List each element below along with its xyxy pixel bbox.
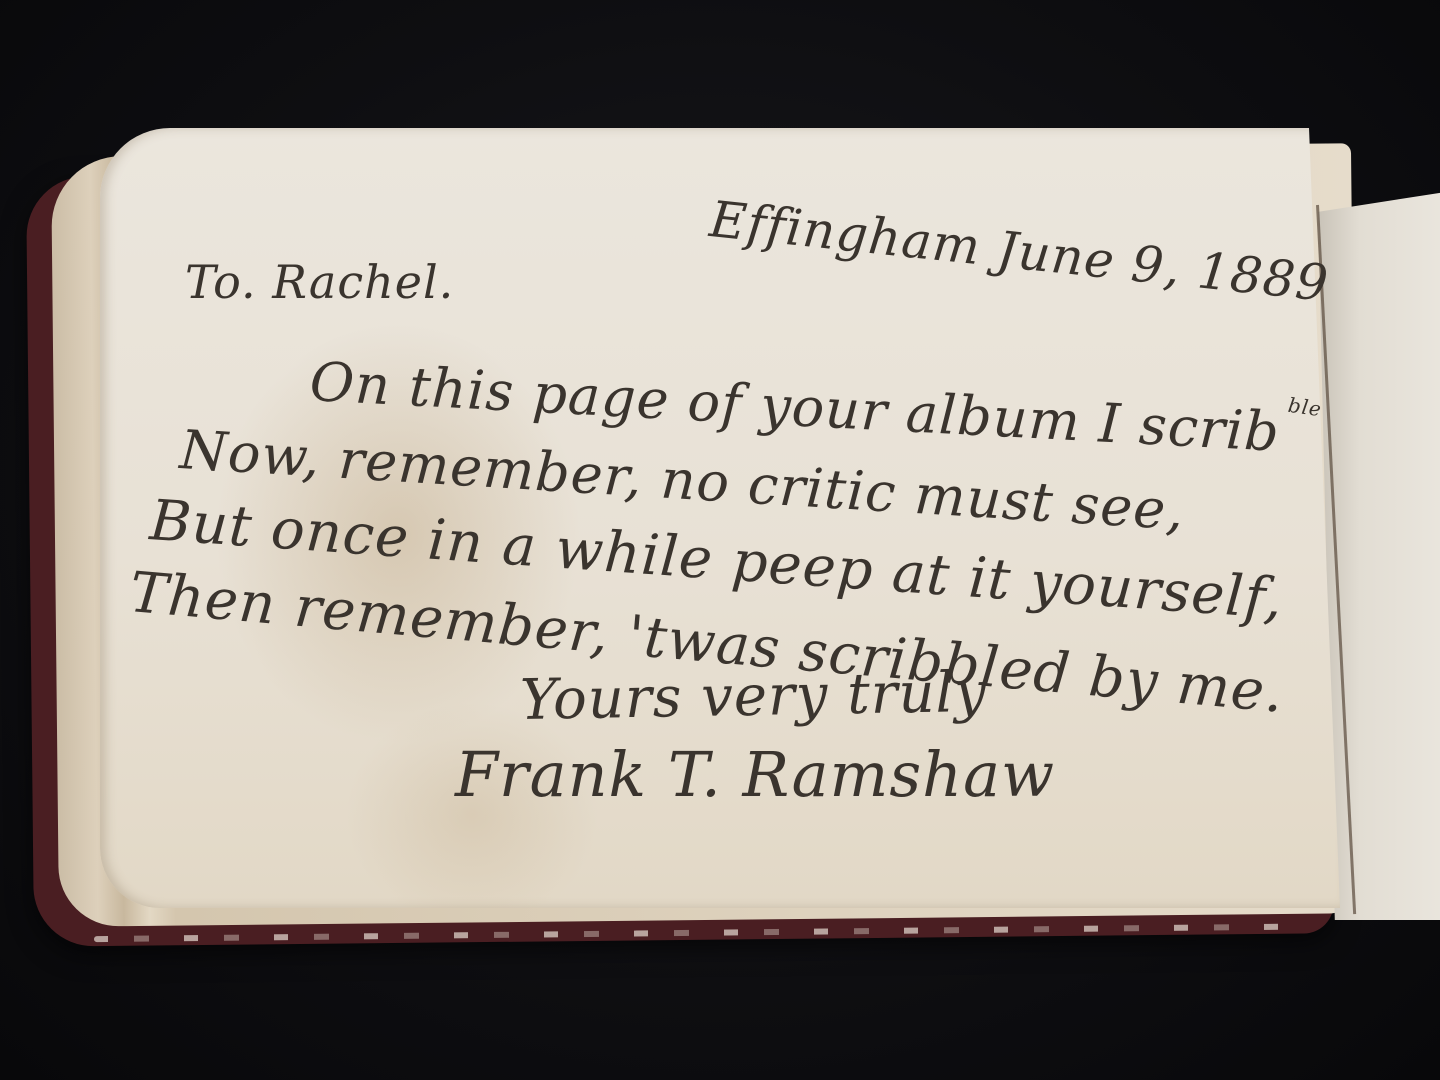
cover-worn-edge xyxy=(94,924,1294,943)
photo-scene: Effingham June 9, 1889 To. Rachel. On th… xyxy=(0,0,1440,1080)
verse-interline-insert: ble xyxy=(1286,393,1323,422)
signature: Frank T. Ramshaw xyxy=(455,738,1055,811)
closing: Yours very truly xyxy=(519,660,987,733)
greeting: To. Rachel. xyxy=(185,255,454,309)
